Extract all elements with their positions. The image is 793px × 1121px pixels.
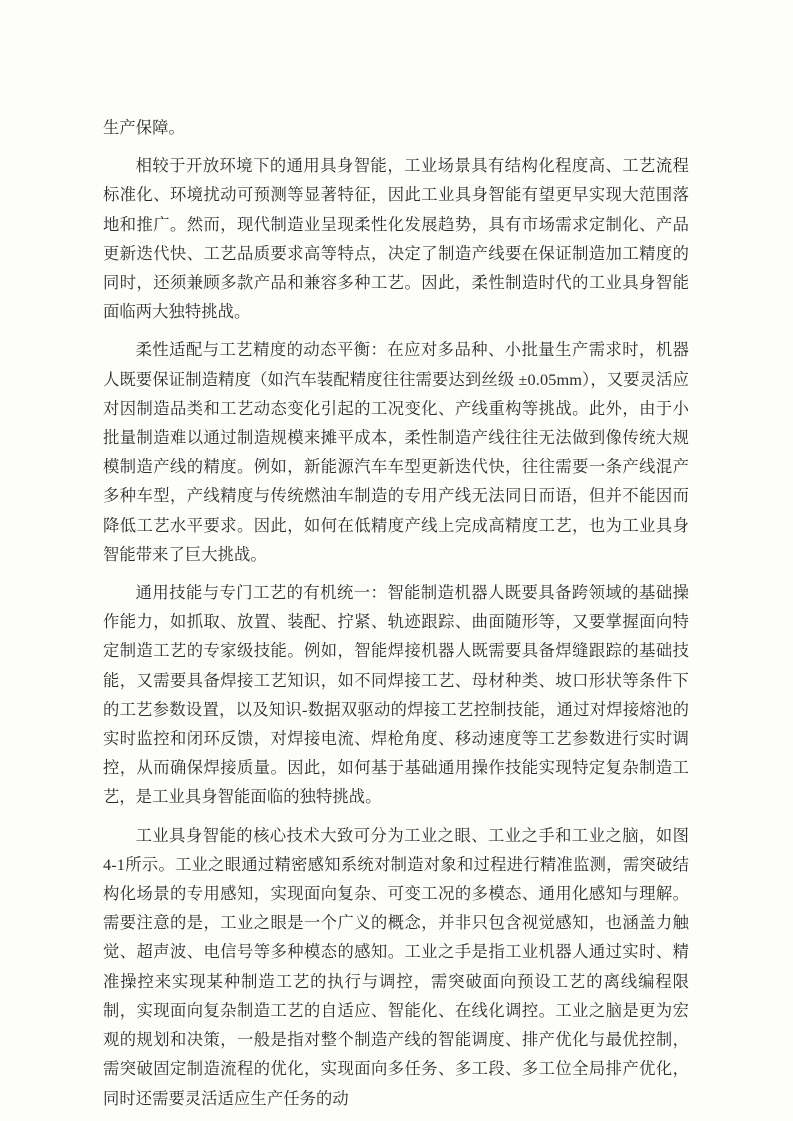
paragraph-core-technologies: 工业具身智能的核心技术大致可分为工业之眼、工业之手和工业之脑，如图 4-1所示。… [103, 821, 689, 1113]
paragraph-industry-scene: 相较于开放环境下的通用具身智能，工业场景具有结构化程度高、工艺流程标准化、环境扰… [103, 151, 689, 326]
text-column: 生产保障。 相较于开放环境下的通用具身智能，工业场景具有结构化程度高、工艺流程标… [103, 113, 689, 1121]
paragraph-general-vs-specialized-skills: 通用技能与专门工艺的有机统一：智能制造机器人既要具备跨领域的基础操作能力，如抓取… [103, 578, 689, 812]
paragraph-flexible-precision-balance: 柔性适配与工艺精度的动态平衡：在应对多品种、小批量生产需求时，机器人既要保证制造… [103, 335, 689, 569]
paragraph-continuation: 生产保障。 [103, 113, 689, 142]
document-page: 生产保障。 相较于开放环境下的通用具身智能，工业场景具有结构化程度高、工艺流程标… [0, 0, 793, 1121]
